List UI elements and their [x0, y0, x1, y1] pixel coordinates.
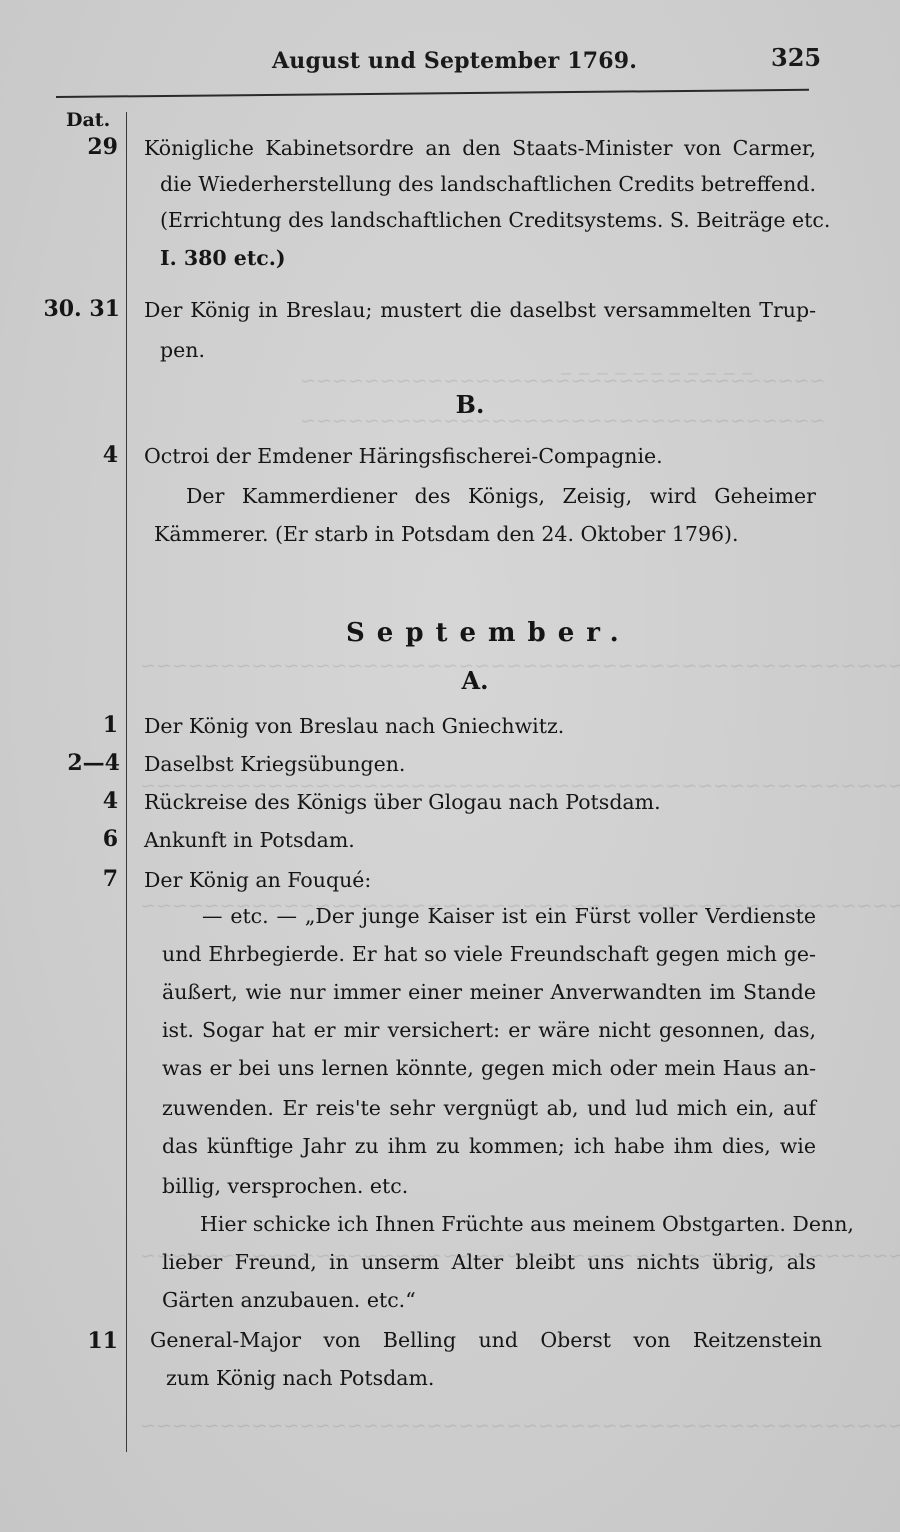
date-column-label: Dat.: [66, 109, 110, 131]
entry-date: 30. 31: [40, 296, 120, 322]
entry-date: 7: [50, 866, 118, 892]
note-text-line: Kämmerer. (Er starb in Potsdam den 24. O…: [154, 522, 739, 546]
entry-date: 11: [50, 1328, 118, 1354]
letter-text-line: — etc. — „Der junge Kaiser ist ein Fürst…: [202, 904, 816, 928]
section-heading-b: B.: [440, 390, 500, 419]
book-page: ‒ ‒ ‒ ‒ ‒ ‒ ‒ ‒ ‒ ‒ ‒ ~~~~~~~~~~~~~~~~~~…: [0, 0, 900, 1532]
note-text-line: Der Kammerdiener des Königs, Zeisig, wir…: [186, 484, 816, 508]
bleed-through-text: ~~~~~~~~~~~~~~~~~~~~~~~~~~~~~~~~~: [300, 410, 825, 432]
entry-date: 1: [50, 712, 118, 738]
entry-text-line: General-Major von Belling und Oberst von…: [150, 1328, 822, 1352]
header-rule: [56, 89, 809, 98]
entry-text-line: zum König nach Potsdam.: [166, 1366, 434, 1390]
entry-text-line: pen.: [160, 338, 205, 362]
letter-text-line: lieber Freund, in unserm Alter bleibt un…: [162, 1250, 816, 1274]
entry-date: 29: [50, 134, 118, 160]
entry-text-line: I. 380 etc.): [160, 246, 286, 270]
entry-text-line: Daselbst Kriegsübungen.: [144, 752, 405, 776]
letter-text-line: Hier schicke ich Ihnen Früchte aus meine…: [200, 1212, 816, 1236]
bleed-through-text: ~~~~~~~~~~~~~~~~~~~~~~~~~~~~~~~~~: [300, 370, 825, 392]
entry-text-line: Der König von Breslau nach Gniechwitz.: [144, 714, 564, 738]
entry-date: 4: [50, 788, 118, 814]
date-column-divider: [126, 112, 127, 1452]
entry-text-line: (Errichtung des landschaftlichen Credits…: [160, 208, 816, 232]
entry-date: 6: [50, 826, 118, 852]
month-heading: September.: [346, 618, 631, 648]
bleed-through-text: ~~~~~~~~~~~~~~~~~~~~~~~~~~~~~~~~~~~~~~~~…: [140, 1415, 900, 1437]
entry-text-line: Rückreise des Königs über Glogau nach Po…: [144, 790, 661, 814]
entry-text-line: Ankunft in Potsdam.: [144, 828, 355, 852]
entry-date: 2—4: [40, 750, 120, 776]
entry-text-line: Der König an Fouqué:: [144, 868, 371, 892]
letter-text-line: Gärten anzubauen. etc.“: [162, 1288, 416, 1312]
bleed-through-text: ~~~~~~~~~~~~~~~~~~~~~~~~~~~~~~~~~~~~~~~~…: [140, 655, 900, 677]
letter-text-line: das künftige Jahr zu ihm zu kommen; ich …: [162, 1134, 816, 1158]
entry-text-line: Der König in Breslau; mustert die daselb…: [144, 298, 816, 322]
letter-text-line: was er bei uns lernen könnte, gegen mich…: [162, 1056, 816, 1080]
section-heading-a: A.: [445, 666, 505, 695]
entry-text-line: Königliche Kabinetsordre an den Staats-M…: [144, 136, 816, 160]
page-number: 325: [771, 43, 821, 72]
letter-text-line: ist. Sogar hat er mir versichert: er wär…: [162, 1018, 816, 1042]
entry-date: 4: [50, 442, 118, 468]
page-header: August und September 1769. 325: [0, 40, 900, 80]
entry-text-line: Octroi der Emdener Häringsfischerei-Comp…: [144, 444, 663, 468]
letter-text-line: billig, versprochen. etc.: [162, 1174, 408, 1198]
entry-text-line: die Wiederherstellung des landschaftlich…: [160, 172, 816, 196]
running-title: August und September 1769.: [272, 48, 637, 74]
letter-text-line: äußert, wie nur immer einer meiner Anver…: [162, 980, 816, 1004]
letter-text-line: zuwenden. Er reis'te sehr vergnügt ab, u…: [162, 1096, 816, 1120]
letter-text-line: und Ehrbegierde. Er hat so viele Freunds…: [162, 942, 816, 966]
